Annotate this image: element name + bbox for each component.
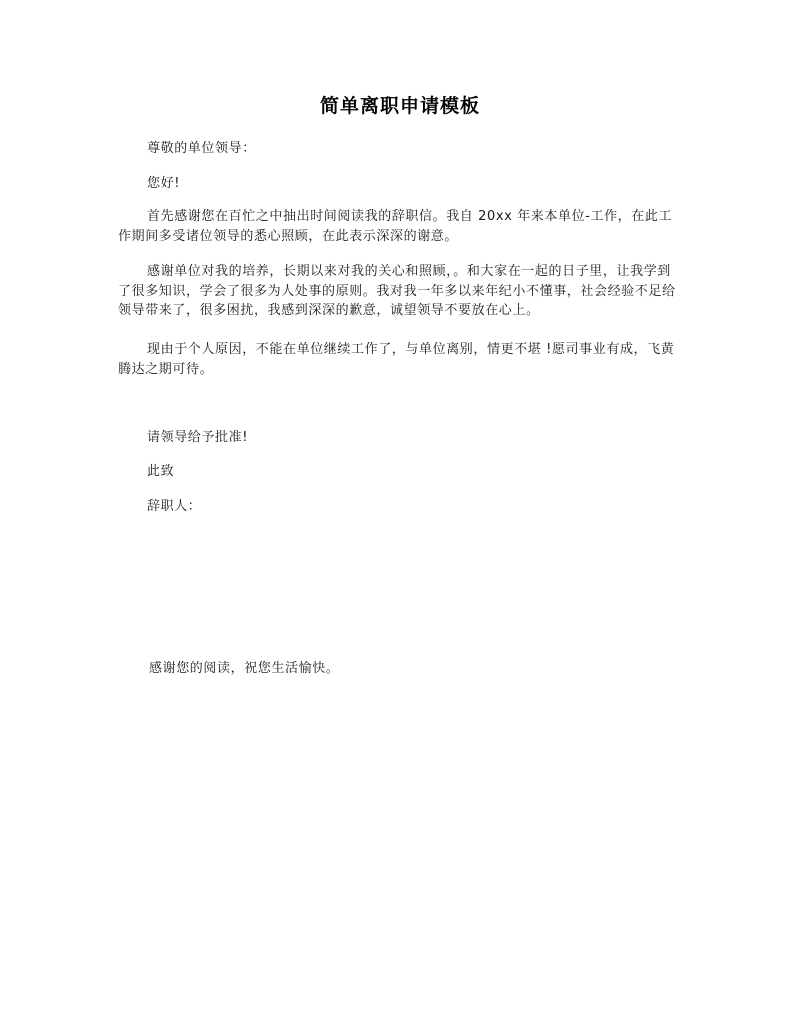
- greeting: 您好!: [147, 174, 709, 194]
- footer-thanks: 感谢您的阅读，祝您生活愉快。: [149, 659, 711, 679]
- closing-phrase: 此致: [147, 462, 709, 482]
- paragraph-reason: 现由于个人原因，不能在单位继续工作了，与单位离别，情更不堪 !愿司事业有成，飞黄…: [118, 340, 680, 379]
- paragraph-thanks-apology: 感谢单位对我的培养，长期以来对我的关心和照顾，。和大家在一起的日子里，让我学到了…: [118, 262, 680, 321]
- document-page: 简单离职申请模板 尊敬的单位领导： 您好! 首先感谢您在百忙之中抽出时间阅读我的…: [0, 0, 800, 1035]
- signer-label: 辞职人：: [147, 497, 709, 517]
- salutation: 尊敬的单位领导：: [147, 139, 709, 159]
- document-title: 简单离职申请模板: [0, 93, 800, 119]
- approval-request: 请领导给予批准!: [147, 428, 709, 448]
- paragraph-gratitude: 首先感谢您在百忙之中抽出时间阅读我的辞职信。我自 20xx 年来本单位-工作，在…: [118, 207, 680, 246]
